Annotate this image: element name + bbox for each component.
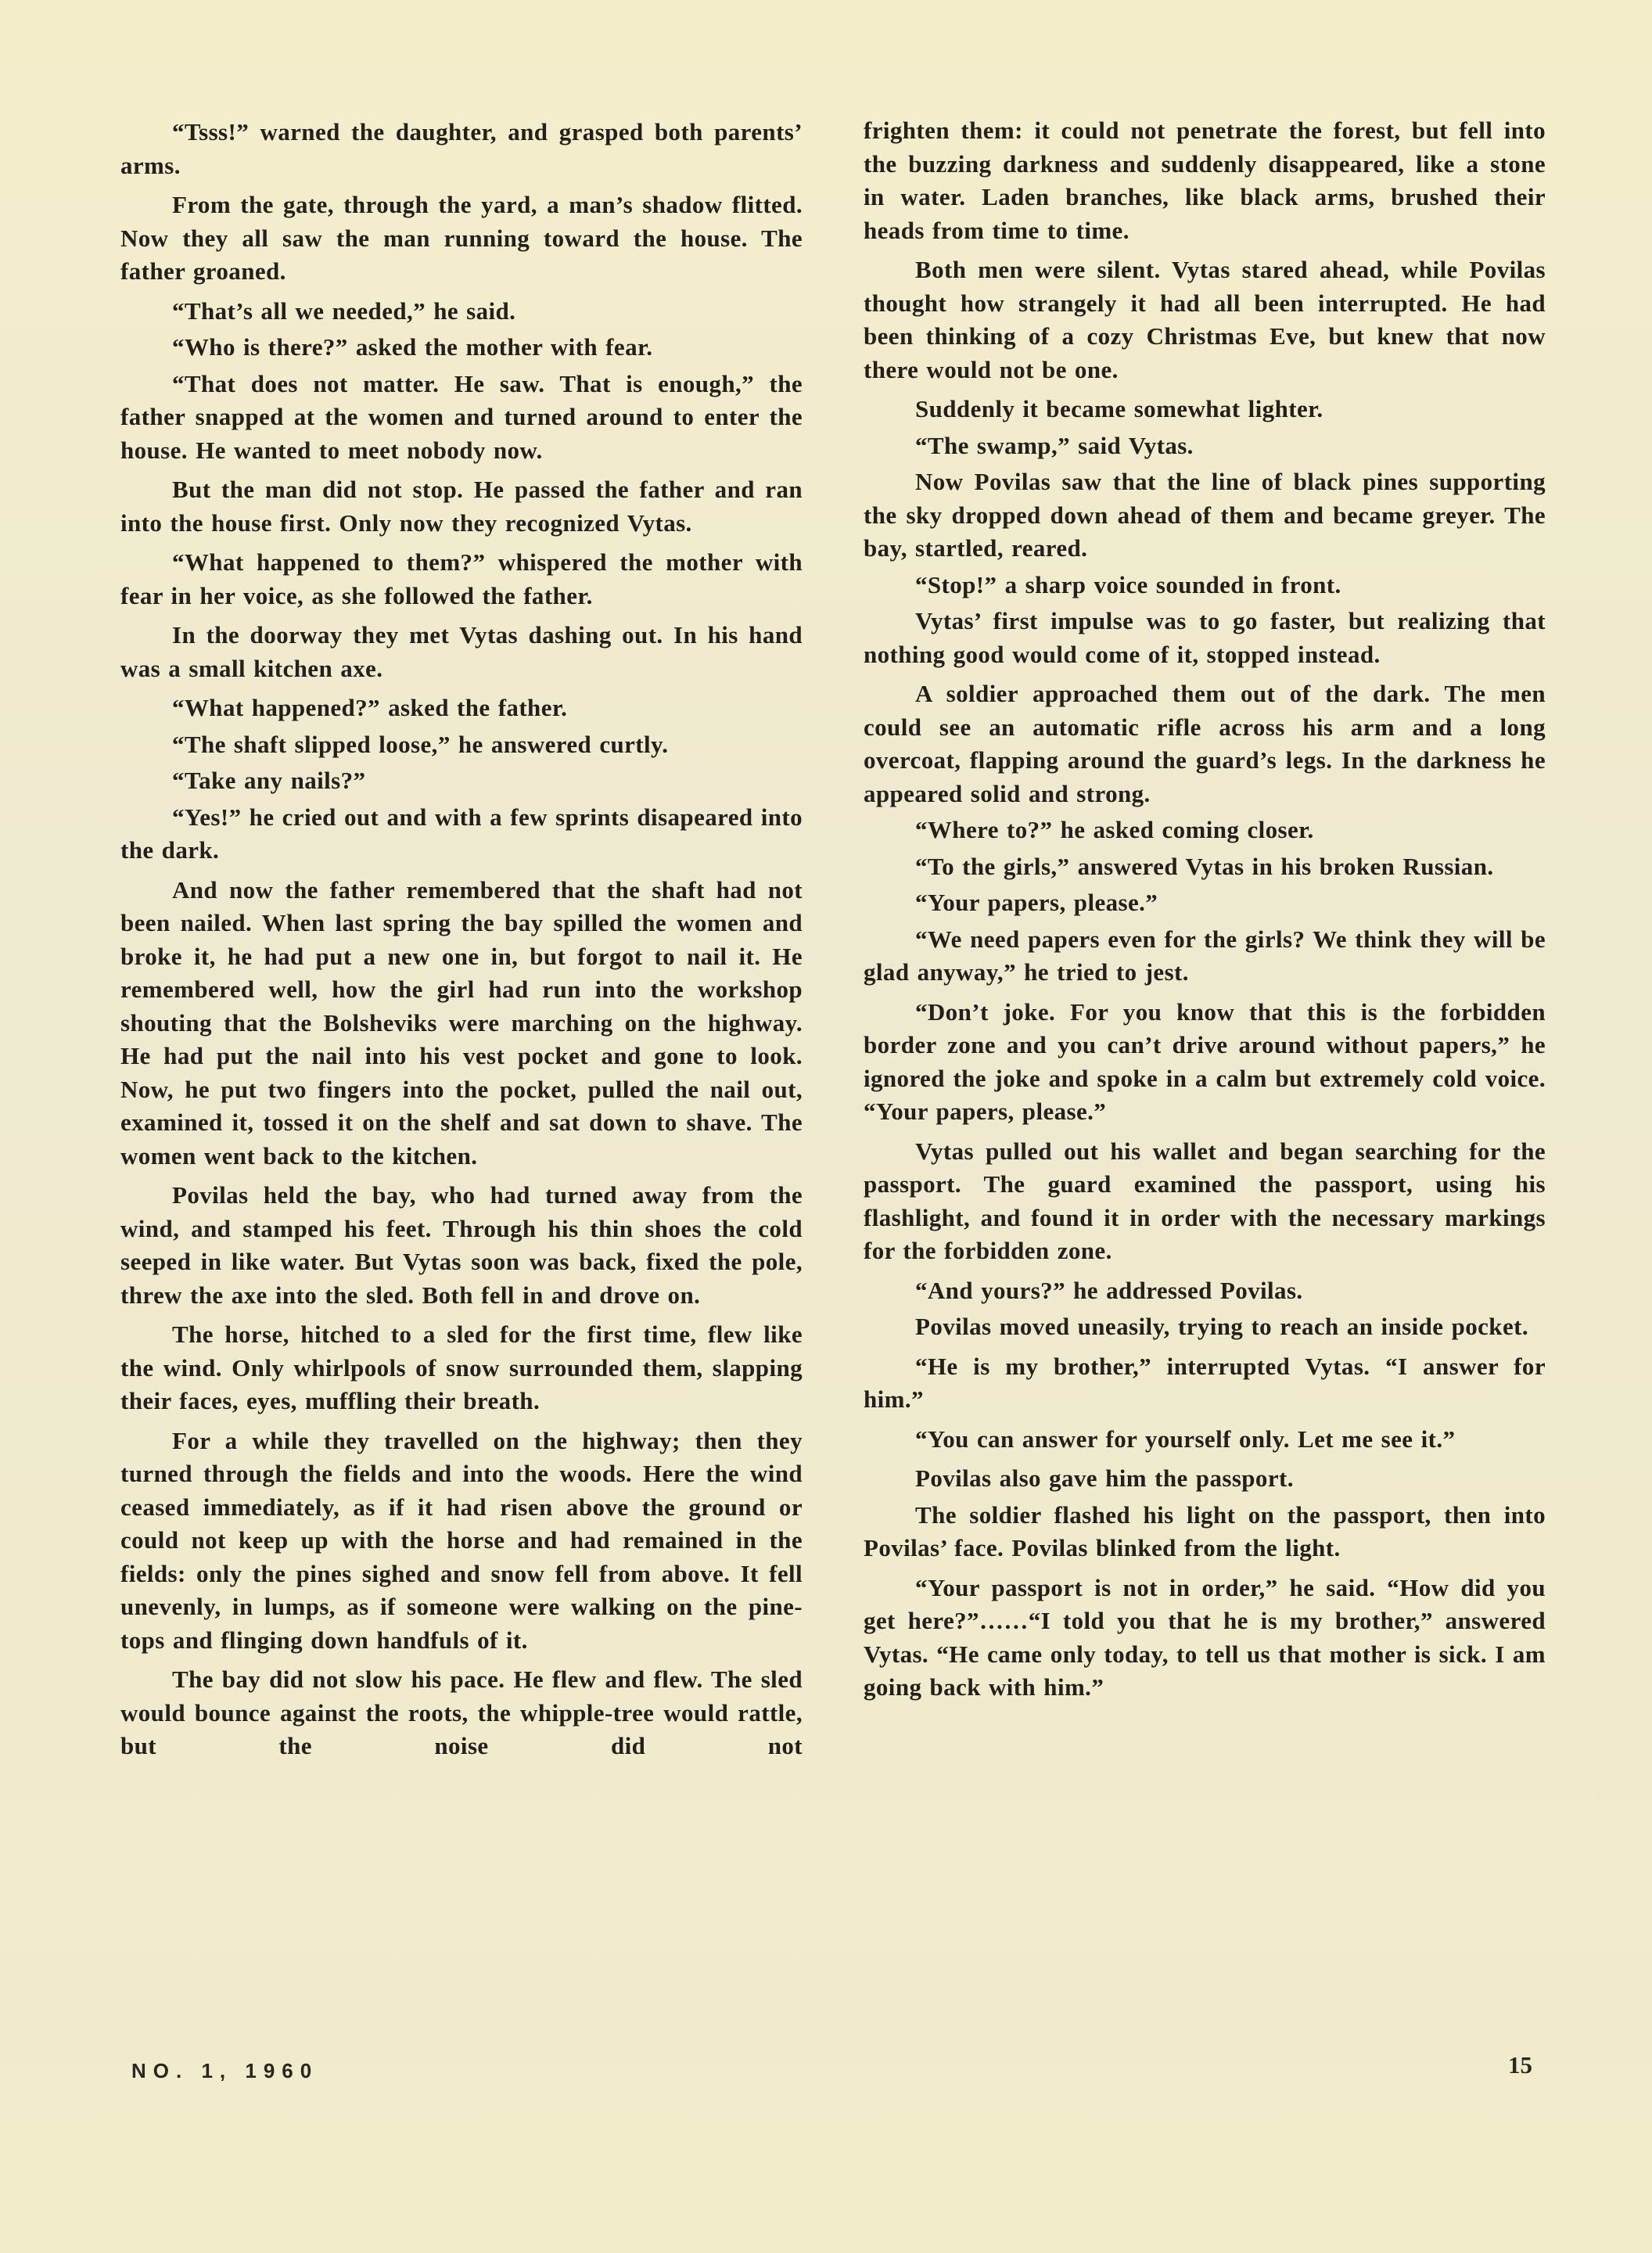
paragraph: The soldier flashed his light on the pas… [864,1499,1546,1565]
paragraph: “You can answer for yourself only. Let m… [864,1423,1546,1457]
paragraph: “And yours?” he addressed Povilas. [864,1274,1546,1308]
paragraph: Povilas moved uneasily, trying to reach … [864,1310,1546,1344]
paragraph: The horse, hitched to a sled for the fir… [120,1318,803,1418]
paragraph: In the doorway they met Vytas dashing ou… [120,619,803,685]
paragraph: Both men were silent. Vytas stared ahead… [864,253,1546,386]
paragraph: Vytas’ first impulse was to go faster, b… [864,605,1546,671]
paragraph: A soldier approached them out of the dar… [864,677,1546,810]
paragraph: Suddenly it became somewhat lighter. [864,393,1546,426]
paragraph: “What happened to them?” whispered the m… [120,546,803,613]
continued-paragraph: frighten them: it could not penetrate th… [864,114,1546,247]
paragraph: “Tsss!” warned the daughter, and grasped… [120,116,803,182]
paragraph: Povilas also gave him the passport. [864,1462,1546,1496]
paragraph: “What happened?” asked the father. [120,692,803,725]
paragraph: “To the girls,” answered Vytas in his br… [864,850,1546,884]
paragraph: “That’s all we needed,” he said. [120,295,803,329]
paragraph: “The swamp,” said Vytas. [864,429,1546,463]
paragraph: Povilas held the bay, who had turned awa… [120,1179,803,1312]
paragraph: Vytas pulled out his wallet and began se… [864,1135,1546,1268]
paragraph: But the man did not stop. He passed the … [120,473,803,540]
paragraph: “Where to?” he asked coming closer. [864,814,1546,847]
paragraph: “Your papers, please.” [864,886,1546,920]
paragraph: And now the father remembered that the s… [120,874,803,1173]
paragraph: “That does not matter. He saw. That is e… [120,368,803,468]
paragraph: “Don’t joke. For you know that this is t… [864,996,1546,1129]
paragraph: “Yes!” he cried out and with a few sprin… [120,801,803,868]
paragraph: “The shaft slipped loose,” he answered c… [120,728,803,762]
issue-label: NO. 1, 1960 [131,2059,318,2083]
paragraph: The bay did not slow his pace. He flew a… [120,1663,803,1763]
paragraph: “We need papers even for the girls? We t… [864,923,1546,990]
paragraph: “He is my brother,” interrupted Vytas. “… [864,1350,1546,1417]
paragraph: “Take any nails?” [120,764,803,798]
right-column: frighten them: it could not penetrate th… [864,114,1546,1708]
paragraph: Now Povilas saw that the line of black p… [864,465,1546,566]
paragraph: “Your passport is not in order,” he said… [864,1572,1546,1705]
left-column: “Tsss!” warned the daughter, and grasped… [120,116,803,1766]
paragraph: For a while they travelled on the highwa… [120,1425,803,1658]
page-number: 15 [1508,2051,1532,2079]
paragraph: From the gate, through the yard, a man’s… [120,189,803,289]
paragraph: “Stop!” a sharp voice sounded in front. [864,569,1546,602]
magazine-page: “Tsss!” warned the daughter, and grasped… [0,0,1652,2253]
paragraph: “Who is there?” asked the mother with fe… [120,331,803,365]
